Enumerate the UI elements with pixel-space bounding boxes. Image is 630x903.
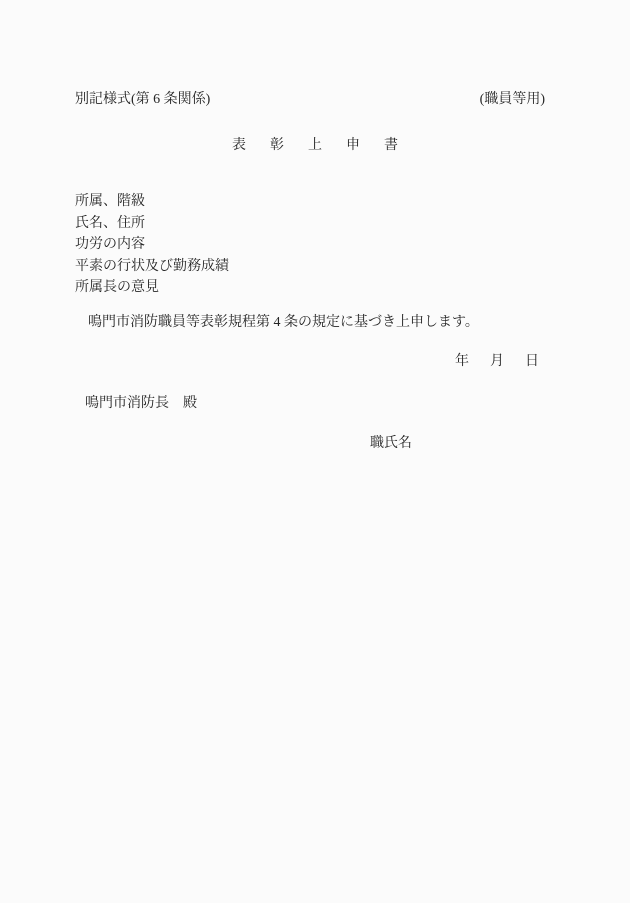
field-name-address: 氏名、住所: [75, 213, 229, 235]
document-page: 別記様式(第 6 条関係) (職員等用) 表 彰 上 申 書 所属、階級 氏名、…: [0, 0, 630, 903]
field-merit-details: 功労の内容: [75, 234, 229, 256]
form-reference: 別記様式(第 6 条関係): [75, 93, 210, 107]
usage-note: (職員等用): [480, 93, 545, 107]
signature-label: 職氏名: [370, 437, 412, 451]
field-conduct-performance: 平素の行状及び勤務成績: [75, 256, 229, 278]
submission-statement: 鳴門市消防職員等表彰規程第 4 条の規定に基づき上申します。: [88, 316, 479, 330]
date-line: 年 月 日: [455, 355, 543, 369]
field-chief-opinion: 所属長の意見: [75, 277, 229, 299]
field-affiliation-rank: 所属、階級: [75, 191, 229, 213]
field-list: 所属、階級 氏名、住所 功労の内容 平素の行状及び勤務成績 所属長の意見: [75, 191, 229, 299]
document-title: 表 彰 上 申 書: [0, 139, 630, 153]
addressee: 鳴門市消防長 殿: [85, 397, 197, 411]
